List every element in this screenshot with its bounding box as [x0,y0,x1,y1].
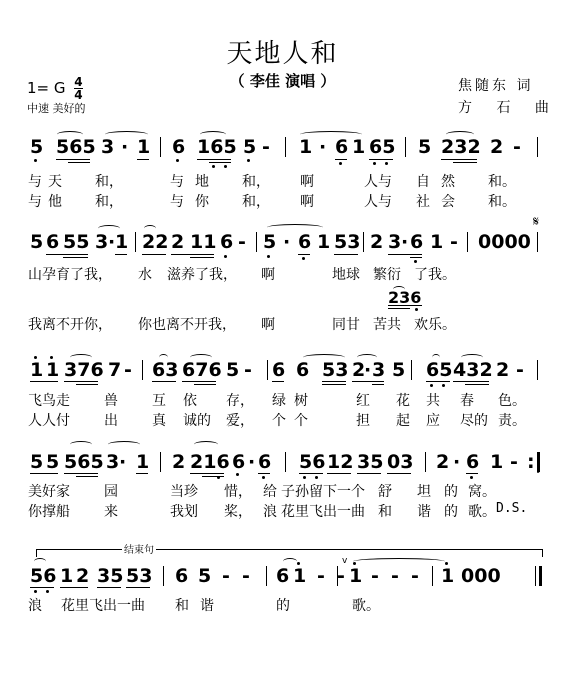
note-group: 35 [357,451,383,473]
underline [76,476,98,477]
note: 6 [296,359,309,381]
note-group: 12 [327,451,353,473]
underline [258,473,270,474]
note: 3 [106,451,119,473]
note: 6 [335,136,348,158]
note-group: 03 [387,451,413,473]
note-group: 165 [197,136,237,158]
note: 6 [46,231,59,253]
bar-line [266,566,267,586]
note: 5 [226,359,239,381]
note: 2 [171,231,184,253]
bar-line [285,452,286,472]
low-octave-dot [470,476,473,479]
high-octave-dot [445,562,448,565]
note: 5 [418,136,431,158]
note-group: 53 [126,565,152,587]
note: 6 [220,231,233,253]
note-group: 53 [334,231,360,253]
low-octave-dot [430,384,433,387]
bar-line [537,360,538,380]
note-group: 11 [190,231,216,253]
underline [68,162,90,163]
bar-line [537,232,538,252]
tempo-marking: 中速 美好的 [27,100,86,116]
bar-line [142,360,143,380]
note: 5 [263,231,276,253]
underline [63,257,88,258]
note: 6 [410,231,423,253]
low-octave-dot [302,257,305,260]
note: 6 [298,231,311,253]
note-group: 216 [190,451,230,473]
time-sig-top: 4 [74,76,82,88]
underline [152,381,176,382]
bar-line [363,232,364,252]
low-octave-dot [247,159,250,162]
note-group: 55 [63,231,89,253]
high-octave-dot [353,562,356,565]
low-octave-dot [46,590,49,593]
underline [171,254,214,255]
note-group: 56 [30,565,56,587]
bar-line [163,566,164,586]
note: 3 [101,136,114,158]
low-octave-dot [303,476,306,479]
low-octave-dot [385,162,388,165]
note-group: 63 [152,359,178,381]
underline [126,587,150,588]
note: 5 [30,136,43,158]
note-group: 65 [369,136,395,158]
slur [283,558,297,565]
song-title: 天地人和 [0,33,565,70]
underline [453,381,489,382]
underline [76,384,98,385]
underline [334,254,358,255]
bar-line [405,137,406,157]
underline [56,159,90,160]
bar-line [467,232,468,252]
bar-line [535,566,536,586]
underline [46,254,88,255]
bar-line [160,452,161,472]
final-bar-line [537,452,540,472]
low-octave-dot [267,255,270,258]
dot-duration: · [453,451,460,473]
dash: - [244,359,252,381]
low-octave-dot [224,165,227,168]
bar-line [425,452,426,472]
low-octave-dot [34,159,37,162]
bar-line [285,137,286,157]
note: 5 [243,136,256,158]
underline [298,254,310,255]
bar-line [135,232,136,252]
high-octave-dot [297,562,300,565]
note: 1 [352,136,365,158]
underline [322,384,346,385]
note: 3 [95,231,108,253]
note-group: 22 [142,231,168,253]
underline [194,384,216,385]
underline [388,305,422,306]
dash: - [516,359,524,381]
slur [393,286,405,293]
note: 2 [490,136,503,158]
bar-line [160,137,161,157]
low-octave-dot [224,255,227,258]
dot-duration: · [364,359,371,381]
underline [64,381,98,382]
underline [453,162,477,163]
note: 5 [392,359,405,381]
composer-credit: 方 石 曲 [458,97,559,117]
note: 2 [172,451,185,473]
underline [30,473,58,474]
underline [137,159,149,160]
underline [369,159,393,160]
low-octave-dot [217,476,220,479]
note: 2 [436,451,449,473]
high-octave-dot [34,356,37,359]
dash: - [238,231,246,253]
rest-group: 000 [461,565,501,587]
note-group: 65 [426,359,452,381]
note: 6 [258,451,271,473]
note: 1 [46,359,59,381]
underline [426,381,450,382]
rest-group: 0000 [478,231,531,253]
tie [353,558,445,565]
note: 2 [370,231,383,253]
low-octave-dot [34,590,37,593]
note: 1 [317,231,330,253]
underline [202,476,224,477]
underline [272,381,284,382]
note: 6 [175,565,188,587]
note-group: 565 [64,451,104,473]
bar-line [432,566,433,586]
underline [182,381,216,382]
note: 3 [372,359,385,381]
note-group: 376 [64,359,104,381]
low-octave-dot [415,308,418,311]
bar-line [256,232,257,252]
lyricist-credit: 焦随东 词 [458,75,533,95]
underline [327,473,351,474]
note-group: 565 [56,136,96,158]
dot-duration: · [319,136,326,158]
underline [97,587,121,588]
slur [267,224,323,231]
low-octave-dot [339,162,342,165]
note: 1 [299,136,312,158]
underline [190,257,214,258]
underline [322,381,346,382]
underline [209,162,231,163]
dot-duration: · [119,451,126,473]
note: 7 [108,359,121,381]
dash: - [262,136,270,158]
note: 1 [115,231,128,253]
underline [388,308,410,309]
dash: - [510,451,518,473]
note-group: 432 [453,359,493,381]
dash: - [222,565,230,587]
underline [441,159,477,160]
dash: - [391,565,399,587]
dash: - [450,231,458,253]
note: 5 [198,565,211,587]
dash: - [242,565,250,587]
low-octave-dot [212,165,215,168]
note: 2 [496,359,509,381]
underline [410,257,422,258]
note: 6 [172,136,185,158]
note: 6 [232,451,245,473]
underline [335,159,347,160]
note: 1 [430,231,443,253]
dot-duration: · [121,136,128,158]
note: 1 [349,565,362,587]
underline [30,587,54,588]
high-octave-dot [50,356,53,359]
underline [60,587,88,588]
underline [30,381,58,382]
underline [115,254,127,255]
note: 1 [30,359,43,381]
underline [466,473,478,474]
dash: - [317,565,325,587]
note: 5 [46,451,59,473]
dash: - [411,565,419,587]
underline [372,384,384,385]
underline [465,384,489,385]
dash: - [124,359,132,381]
ending-bracket [36,549,543,550]
low-octave-dot [176,159,179,162]
dash: - [371,565,379,587]
note: 1 [490,451,503,473]
dot-duration: · [248,451,255,473]
slur [34,558,46,565]
segno-icon: 𝄋 [533,214,539,230]
low-octave-dot [262,476,265,479]
note: 1 [441,565,454,587]
note: 1 [137,136,150,158]
note: 6 [272,359,285,381]
slur [108,441,140,448]
slur [70,441,92,448]
note: 5 [30,451,43,473]
low-octave-dot [414,260,417,263]
underline [357,473,381,474]
note: 6 [466,451,479,473]
low-octave-dot [442,384,445,387]
bar-line [411,360,412,380]
dot-duration: · [401,231,408,253]
final-bar-line [539,566,542,586]
underline [388,254,422,255]
underline [64,473,98,474]
bar-line [537,137,538,157]
dot-duration: · [283,231,290,253]
note: 1 [136,451,149,473]
underline [387,473,411,474]
note-group: 35 [97,565,123,587]
ending-bracket-left [36,549,37,557]
note: 1 [293,565,306,587]
bar-line [337,566,338,586]
note: 2 [76,565,89,587]
bar-line [267,360,268,380]
ending-bracket-right [542,549,543,557]
key-signature: 1= G 4 4 [27,76,83,101]
note-group: 53 [322,359,348,381]
time-signature: 4 4 [74,76,82,101]
underline [142,254,166,255]
note-group: 676 [182,359,222,381]
note: 6 [276,565,289,587]
underline [352,381,384,382]
low-octave-dot [236,473,239,476]
dash: - [513,136,521,158]
note-group: 232 [441,136,481,158]
underline [136,473,148,474]
underline [197,159,231,160]
note: 5 [30,231,43,253]
underline [190,473,224,474]
note-group: 56 [299,451,325,473]
dash: - [337,565,345,587]
key-label: 1= G [27,79,66,97]
low-octave-dot [373,162,376,165]
low-octave-dot [315,476,318,479]
note: 3 [388,231,401,253]
note: 1 [60,565,73,587]
ending-label: 结束句 [122,541,156,556]
slur [194,441,218,448]
underline [299,473,323,474]
